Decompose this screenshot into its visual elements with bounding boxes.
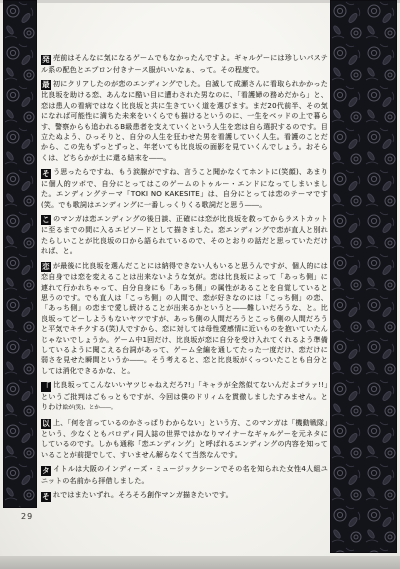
scanned-page: 発売前はそんなに気になるゲームでもなかったんですよ。ギャルゲーには珍しいパステル… (0, 0, 400, 569)
paragraph-lead-char: こ (41, 215, 51, 225)
paragraph: そう思ったらですね、もう涙腺がですね、言うこと聞かなくてホントに(笑顔)、あまり… (41, 167, 328, 210)
left-ornamental-border (3, 0, 37, 508)
paragraph: 「比良坂ってこんないいヤツじゃねえだろ?!」「キャラが全然似てないんだよゴラァ!… (41, 380, 328, 413)
paragraph-lead-char: そ (41, 169, 51, 179)
paragraph-text: イトルは大阪のインディーズ・ミュージックシーンでその名を知られた女性4人組ユニッ… (41, 465, 328, 485)
paragraph-lead-char: タ (41, 466, 51, 476)
afterword-text: 発売前はそんなに気になるゲームでもなかったんですよ。ギャルゲーには珍しいパステル… (41, 53, 328, 506)
paragraph-lead-char: 以 (41, 419, 51, 429)
paragraph: 以上、「何を言っているのかさっぱりわからない」という方、このマンガは「機動戦隊」… (41, 418, 328, 461)
paragraph-smallprint: 絵が(笑)、とか――。 (63, 405, 117, 411)
paragraph: 発売前はそんなに気になるゲームでもなかったんですよ。ギャルゲーには珍しいパステル… (41, 53, 328, 75)
paragraph-text: のマンガは恋エンディングの後日談、正確には恋が比良坂を救ってからラストカットに至… (41, 215, 328, 255)
paragraph-lead-char: 最 (41, 80, 51, 90)
paragraph-text: が最後に比良坂を選んだことには納得できない人もいると思うんですが、個人的には恋自… (41, 262, 328, 375)
paragraph-text: 売前はそんなに気になるゲームでもなかったんですよ。ギャルゲーには珍しいパステル系… (41, 54, 328, 74)
paragraph: 恋が最後に比良坂を選んだことには納得できない人もいると思うんですが、個人的には恋… (41, 261, 328, 377)
paragraph: 最初にクリアしたのが恋のエンディングでした。自滅して成瀬さんに看取られかかった比… (41, 79, 328, 163)
scan-bottom-edge (0, 556, 400, 569)
paragraph-lead-char: 恋 (41, 262, 51, 272)
paragraph-text: れではまたいずれ。そろそろ創作マンガ描きたいです。 (53, 491, 233, 499)
paragraph: それではまたいずれ。そろそろ創作マンガ描きたいです。 (41, 490, 328, 502)
paragraph-text: う思ったらですね、もう涙腺がですね、言うこと聞かなくてホントに(笑顔)、あまりに… (41, 168, 328, 208)
right-ornamental-border (330, 0, 397, 553)
page-number: 29 (21, 512, 33, 521)
paragraph-lead-char: そ (41, 492, 51, 502)
paragraph-lead-char: 「 (41, 382, 51, 392)
paragraph-text: 上、「何を言っているのかさっぱりわからない」という方、このマンガは「機動戦隊」と… (41, 419, 328, 459)
paragraph: タイトルは大阪のインディーズ・ミュージックシーンでその名を知られた女性4人組ユニ… (41, 464, 328, 486)
paragraph-text: 初にクリアしたのが恋のエンディングでした。自滅して成瀬さんに看取られかかった比良… (41, 80, 328, 162)
paragraph: このマンガは恋エンディングの後日談、正確には恋が比良坂を救ってからラストカットに… (41, 214, 328, 257)
paragraph-lead-char: 発 (41, 55, 51, 65)
